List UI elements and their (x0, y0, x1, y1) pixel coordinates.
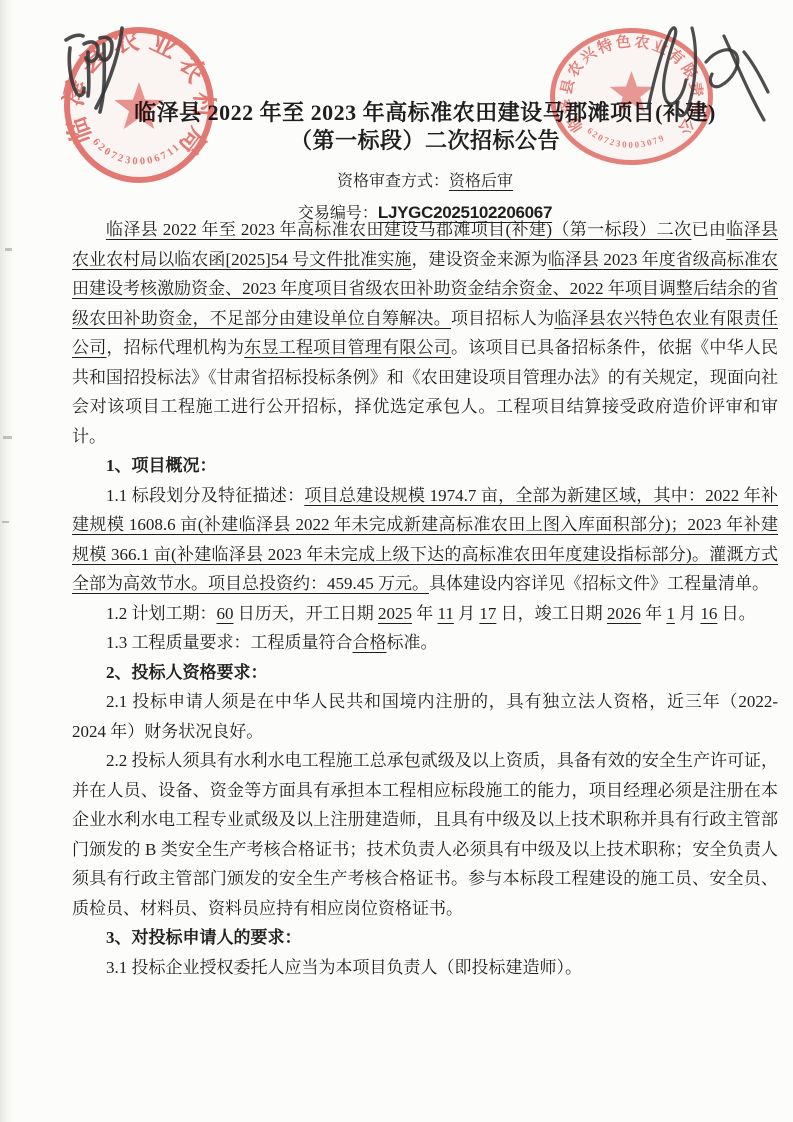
clause-1-3: 1.3 工程质量要求：工程质量符合合格标准。 (72, 628, 778, 658)
scan-artifact (3, 436, 12, 439)
plain-text: 2.1 投标申请人须是在中华人民共和国境内注册的，具有独立法人资格，近三年（20… (72, 692, 778, 741)
underlined-text: 17 (479, 604, 496, 623)
plain-text: 1.1 标段划分及特征描述： (106, 486, 304, 505)
official-seal-agriculture-bureau: 临泽县农业农村局 6207230006711 (61, 24, 217, 186)
underlined-text: 11 (438, 604, 454, 623)
plain-text: 2、投标人资格要求： (106, 663, 268, 682)
plain-text: 日。 (717, 604, 755, 623)
clause-1-2: 1.2 计划工期：60 日历天，开工日期 2025 年 11 月 17 日，竣工… (72, 599, 778, 629)
underlined-text: 2026 (607, 604, 641, 623)
plain-text: 日，竣工日期 (496, 604, 607, 623)
plain-text: 具体建设内容详见《招标文件》工程量清单。 (429, 574, 769, 593)
official-seal-bidder-company: 临泽县农兴特色农业有限责任公司 6207230003079 (548, 26, 715, 167)
section-1-heading: 1、项目概况： (72, 451, 778, 481)
plain-text: 1、项目概况： (106, 456, 217, 475)
underlined-text: 合格 (353, 633, 387, 652)
plain-text: 年 (412, 604, 438, 623)
intro-paragraph: 临泽县 2022 年至 2023 年高标准农田建设马郡滩项目(补建)（第一标段）… (72, 215, 778, 451)
plain-text: 标准。 (387, 633, 438, 652)
underlined-text: 临泽县 2022 年至 2023 年高标准农田建设马郡滩项目(补建)（第一标段）… (106, 220, 691, 239)
plain-text: 3.1 投标企业授权委托人应当为本项目负责人（即投标建造师）。 (106, 958, 582, 977)
plain-text: 月 (675, 604, 701, 623)
section-2-heading: 2、投标人资格要求： (72, 658, 778, 688)
qualification-label: 资格审查方式： (337, 173, 449, 190)
plain-text: ，建设资金来源为 (411, 250, 547, 269)
scan-artifact (2, 521, 9, 523)
plain-text: 1.2 计划工期： (106, 604, 217, 623)
plain-text: 月 (454, 604, 480, 623)
qualification-value: 资格后审 (449, 173, 513, 190)
plain-text: 年 (641, 604, 667, 623)
underlined-text: 60 (217, 604, 234, 623)
plain-text: 2.2 投标人须具有水利水电工程施工总承包贰级及以上资质，具备有效的安全生产许可… (72, 751, 778, 918)
underlined-text: 东昱工程项目管理有限公司 (244, 338, 451, 357)
clause-3-1: 3.1 投标企业授权委托人应当为本项目负责人（即投标建造师）。 (72, 953, 778, 983)
clause-2-2: 2.2 投标人须具有水利水电工程施工总承包贰级及以上资质，具备有效的安全生产许可… (72, 746, 778, 923)
plain-text: ，招标代理机构为 (106, 338, 244, 357)
scanned-document-page: 临泽县农业农村局 6207230006711 临泽县农兴特色农业有限责任公司 6… (0, 0, 793, 1122)
clause-1-1: 1.1 标段划分及特征描述：项目总建设规模 1974.7 亩，全部为新建区域，其… (72, 481, 778, 599)
plain-text: 3、对投标申请人的要求： (106, 928, 302, 947)
document-body: 临泽县 2022 年至 2023 年高标准农田建设马郡滩项目(补建)（第一标段）… (72, 215, 778, 982)
underlined-text: 1 (666, 604, 675, 623)
plain-text: 日历天，开工日期 (234, 604, 379, 623)
plain-text: 项目招标人为 (451, 309, 554, 328)
scan-artifact (5, 248, 12, 251)
plain-text: 1.3 工程质量要求：工程质量符合 (106, 633, 353, 652)
section-3-heading: 3、对投标申请人的要求： (72, 923, 778, 953)
underlined-text: 16 (700, 604, 717, 623)
plain-text: 已由 (691, 220, 726, 239)
scan-edge-shadow (0, 0, 13, 1122)
underlined-text: 2025 (378, 604, 412, 623)
clause-2-1: 2.1 投标申请人须是在中华人民共和国境内注册的，具有独立法人资格，近三年（20… (72, 687, 778, 746)
